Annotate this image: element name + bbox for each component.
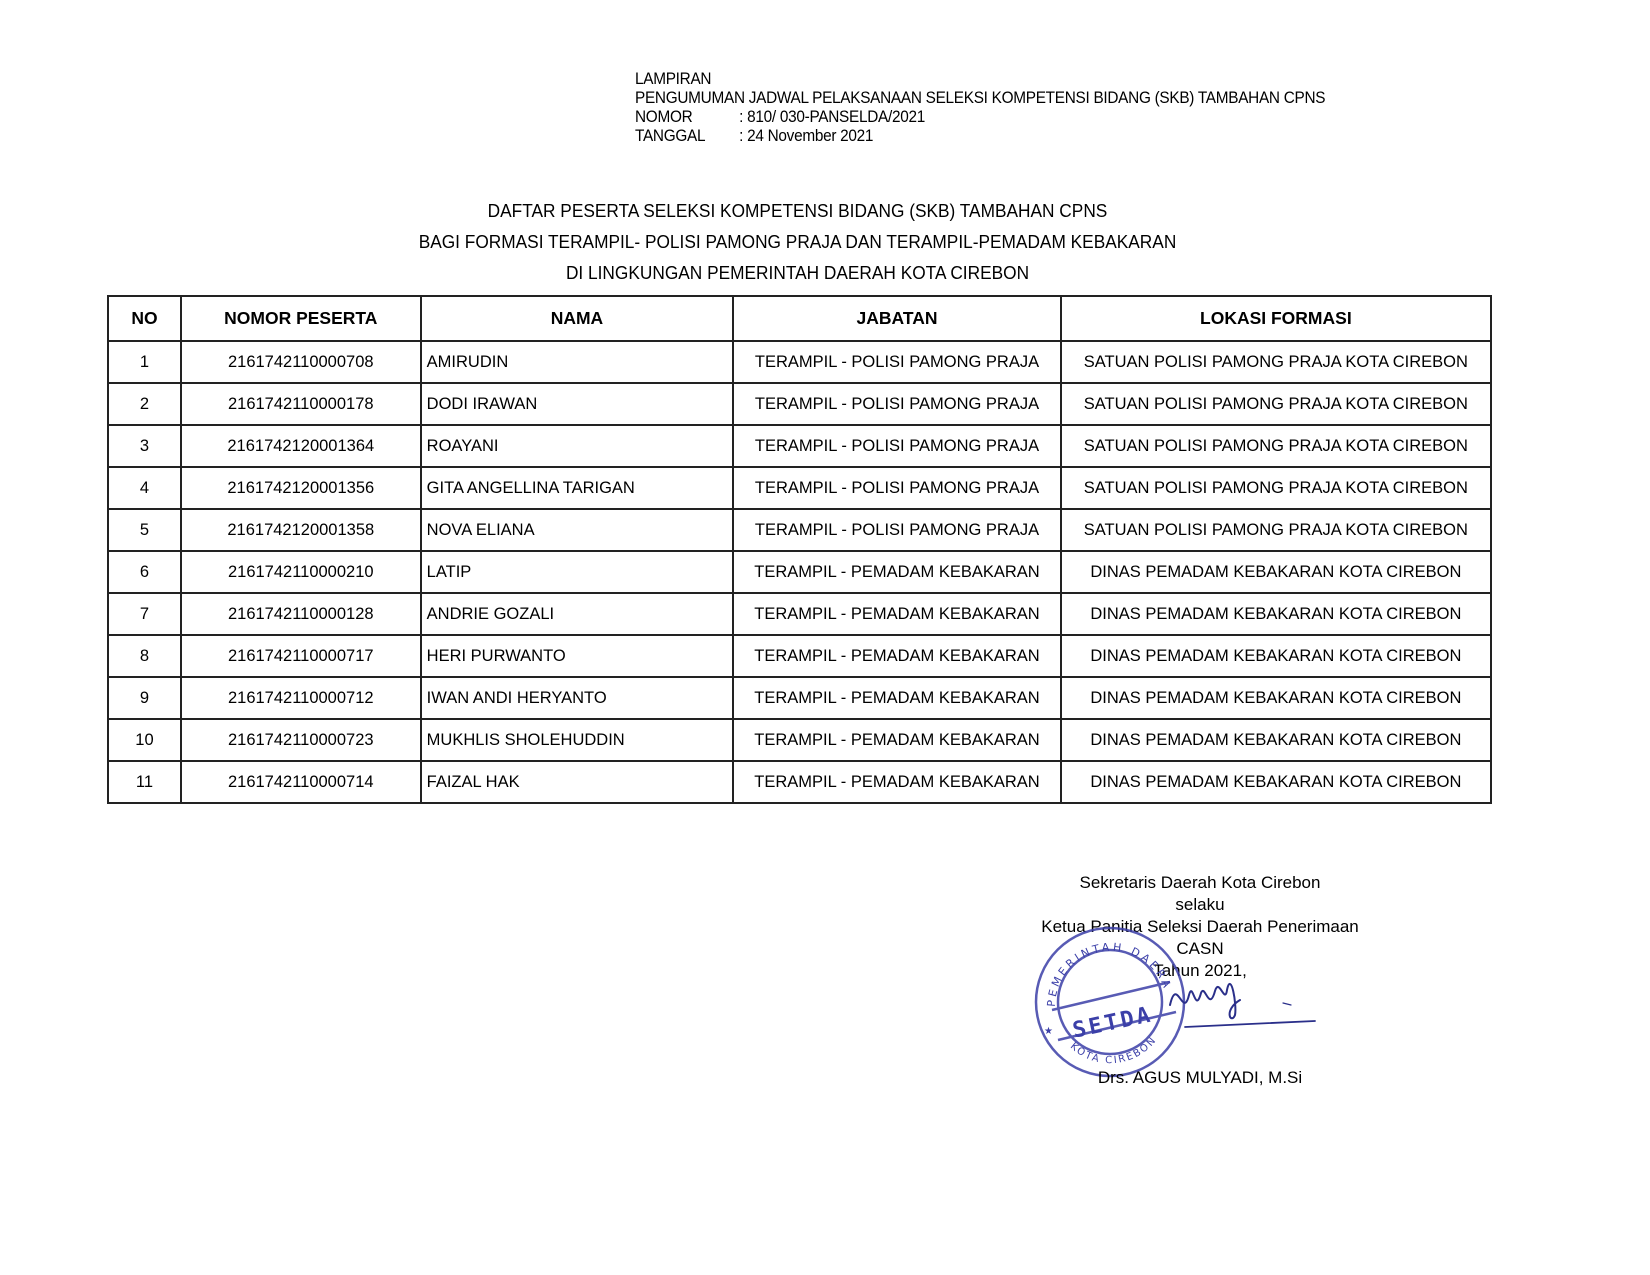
cell-no: 10: [108, 719, 181, 761]
cell-lokasi-formasi: SATUAN POLISI PAMONG PRAJA KOTA CIREBON: [1061, 341, 1491, 383]
header-no: NO: [108, 296, 181, 341]
cell-lokasi-formasi: DINAS PEMADAM KEBAKARAN KOTA CIREBON: [1061, 635, 1491, 677]
cell-nomor-peserta: 2161742110000717: [181, 635, 421, 677]
cell-nomor-peserta: 2161742120001364: [181, 425, 421, 467]
signer-position: Sekretaris Daerah Kota Cirebon: [1020, 872, 1380, 894]
cell-jabatan: TERAMPIL - POLISI PAMONG PRAJA: [733, 467, 1060, 509]
table-row: 82161742110000717HERI PURWANTOTERAMPIL -…: [108, 635, 1491, 677]
cell-nama: IWAN ANDI HERYANTO: [421, 677, 734, 719]
cell-jabatan: TERAMPIL - PEMADAM KEBAKARAN: [733, 593, 1060, 635]
cell-nama: ANDRIE GOZALI: [421, 593, 734, 635]
participants-table: NO NOMOR PESERTA NAMA JABATAN LOKASI FOR…: [107, 295, 1492, 804]
header-nomor-peserta: NOMOR PESERTA: [181, 296, 421, 341]
cell-jabatan: TERAMPIL - POLISI PAMONG PRAJA: [733, 383, 1060, 425]
table-row: 92161742110000712IWAN ANDI HERYANTOTERAM…: [108, 677, 1491, 719]
header-nama: NAMA: [421, 296, 734, 341]
cell-lokasi-formasi: DINAS PEMADAM KEBAKARAN KOTA CIREBON: [1061, 677, 1491, 719]
table-row: 62161742110000210LATIPTERAMPIL - PEMADAM…: [108, 551, 1491, 593]
attachment-heading: LAMPIRAN: [635, 70, 1325, 89]
cell-nomor-peserta: 2161742110000708: [181, 341, 421, 383]
cell-no: 8: [108, 635, 181, 677]
cell-nomor-peserta: 2161742110000178: [181, 383, 421, 425]
signer-conjunction: selaku: [1020, 894, 1380, 916]
cell-lokasi-formasi: DINAS PEMADAM KEBAKARAN KOTA CIREBON: [1061, 761, 1491, 803]
cell-nomor-peserta: 2161742120001356: [181, 467, 421, 509]
cell-no: 6: [108, 551, 181, 593]
cell-no: 9: [108, 677, 181, 719]
cell-nama: AMIRUDIN: [421, 341, 734, 383]
cell-jabatan: TERAMPIL - PEMADAM KEBAKARAN: [733, 635, 1060, 677]
cell-lokasi-formasi: SATUAN POLISI PAMONG PRAJA KOTA CIREBON: [1061, 425, 1491, 467]
document-title: DAFTAR PESERTA SELEKSI KOMPETENSI BIDANG…: [32, 196, 1563, 289]
cell-lokasi-formasi: SATUAN POLISI PAMONG PRAJA KOTA CIREBON: [1061, 509, 1491, 551]
cell-lokasi-formasi: DINAS PEMADAM KEBAKARAN KOTA CIREBON: [1061, 593, 1491, 635]
cell-jabatan: TERAMPIL - POLISI PAMONG PRAJA: [733, 425, 1060, 467]
cell-lokasi-formasi: SATUAN POLISI PAMONG PRAJA KOTA CIREBON: [1061, 383, 1491, 425]
cell-nama: ROAYANI: [421, 425, 734, 467]
table-row: 32161742120001364ROAYANITERAMPIL - POLIS…: [108, 425, 1491, 467]
table-row: 102161742110000723MUKHLIS SHOLEHUDDINTER…: [108, 719, 1491, 761]
cell-nama: DODI IRAWAN: [421, 383, 734, 425]
cell-jabatan: TERAMPIL - POLISI PAMONG PRAJA: [733, 341, 1060, 383]
table-row: 52161742120001358NOVA ELIANATERAMPIL - P…: [108, 509, 1491, 551]
attachment-nomor: NOMOR: 810/ 030-PANSELDA/2021: [635, 108, 1325, 127]
svg-text:★: ★: [1044, 1026, 1053, 1037]
cell-nomor-peserta: 2161742110000714: [181, 761, 421, 803]
nomor-label: NOMOR: [635, 108, 739, 127]
cell-jabatan: TERAMPIL - PEMADAM KEBAKARAN: [733, 761, 1060, 803]
table-row: 42161742120001356GITA ANGELLINA TARIGANT…: [108, 467, 1491, 509]
cell-no: 7: [108, 593, 181, 635]
table-header-row: NO NOMOR PESERTA NAMA JABATAN LOKASI FOR…: [108, 296, 1491, 341]
stamp-center-text: SETDA: [1071, 1002, 1156, 1043]
cell-no: 2: [108, 383, 181, 425]
cell-nomor-peserta: 2161742110000210: [181, 551, 421, 593]
cell-nama: LATIP: [421, 551, 734, 593]
cell-nama: FAIZAL HAK: [421, 761, 734, 803]
cell-nomor-peserta: 2161742120001358: [181, 509, 421, 551]
svg-text:PEMERINTAH DAERAH: PEMERINTAH DAERAH: [1030, 922, 1174, 1007]
table-row: 72161742110000128ANDRIE GOZALITERAMPIL -…: [108, 593, 1491, 635]
cell-lokasi-formasi: DINAS PEMADAM KEBAKARAN KOTA CIREBON: [1061, 551, 1491, 593]
cell-no: 3: [108, 425, 181, 467]
header-lokasi-formasi: LOKASI FORMASI: [1061, 296, 1491, 341]
cell-nomor-peserta: 2161742110000723: [181, 719, 421, 761]
cell-nomor-peserta: 2161742110000128: [181, 593, 421, 635]
cell-no: 11: [108, 761, 181, 803]
title-line-3: DI LINGKUNGAN PEMERINTAH DAERAH KOTA CIR…: [32, 258, 1563, 289]
table-row: 112161742110000714FAIZAL HAKTERAMPIL - P…: [108, 761, 1491, 803]
cell-no: 5: [108, 509, 181, 551]
nomor-value: : 810/ 030-PANSELDA/2021: [739, 108, 925, 126]
tanggal-value: : 24 November 2021: [739, 127, 873, 145]
cell-no: 4: [108, 467, 181, 509]
attachment-tanggal: TANGGAL: 24 November 2021: [635, 127, 1325, 146]
cell-jabatan: TERAMPIL - POLISI PAMONG PRAJA: [733, 509, 1060, 551]
cell-jabatan: TERAMPIL - PEMADAM KEBAKARAN: [733, 719, 1060, 761]
stamp-top-text: PEMERINTAH DAERAH: [1030, 922, 1174, 1007]
table-row: 22161742110000178DODI IRAWANTERAMPIL - P…: [108, 383, 1491, 425]
attachment-subject: PENGUMUMAN JADWAL PELAKSANAAN SELEKSI KO…: [635, 89, 1325, 108]
cell-nomor-peserta: 2161742110000712: [181, 677, 421, 719]
cell-nama: GITA ANGELLINA TARIGAN: [421, 467, 734, 509]
cell-lokasi-formasi: SATUAN POLISI PAMONG PRAJA KOTA CIREBON: [1061, 467, 1491, 509]
cell-jabatan: TERAMPIL - PEMADAM KEBAKARAN: [733, 551, 1060, 593]
header-jabatan: JABATAN: [733, 296, 1060, 341]
signer-name: Drs. AGUS MULYADI, M.Si: [1020, 1068, 1380, 1088]
cell-jabatan: TERAMPIL - PEMADAM KEBAKARAN: [733, 677, 1060, 719]
attachment-header: LAMPIRAN PENGUMUMAN JADWAL PELAKSANAAN S…: [635, 70, 1325, 146]
handwritten-signature-icon: [1165, 965, 1325, 1035]
cell-no: 1: [108, 341, 181, 383]
title-line-2: BAGI FORMASI TERAMPIL- POLISI PAMONG PRA…: [32, 227, 1563, 258]
table-row: 12161742110000708AMIRUDINTERAMPIL - POLI…: [108, 341, 1491, 383]
cell-nama: NOVA ELIANA: [421, 509, 734, 551]
cell-nama: HERI PURWANTO: [421, 635, 734, 677]
cell-nama: MUKHLIS SHOLEHUDDIN: [421, 719, 734, 761]
tanggal-label: TANGGAL: [635, 127, 739, 146]
title-line-1: DAFTAR PESERTA SELEKSI KOMPETENSI BIDANG…: [32, 196, 1563, 227]
cell-lokasi-formasi: DINAS PEMADAM KEBAKARAN KOTA CIREBON: [1061, 719, 1491, 761]
